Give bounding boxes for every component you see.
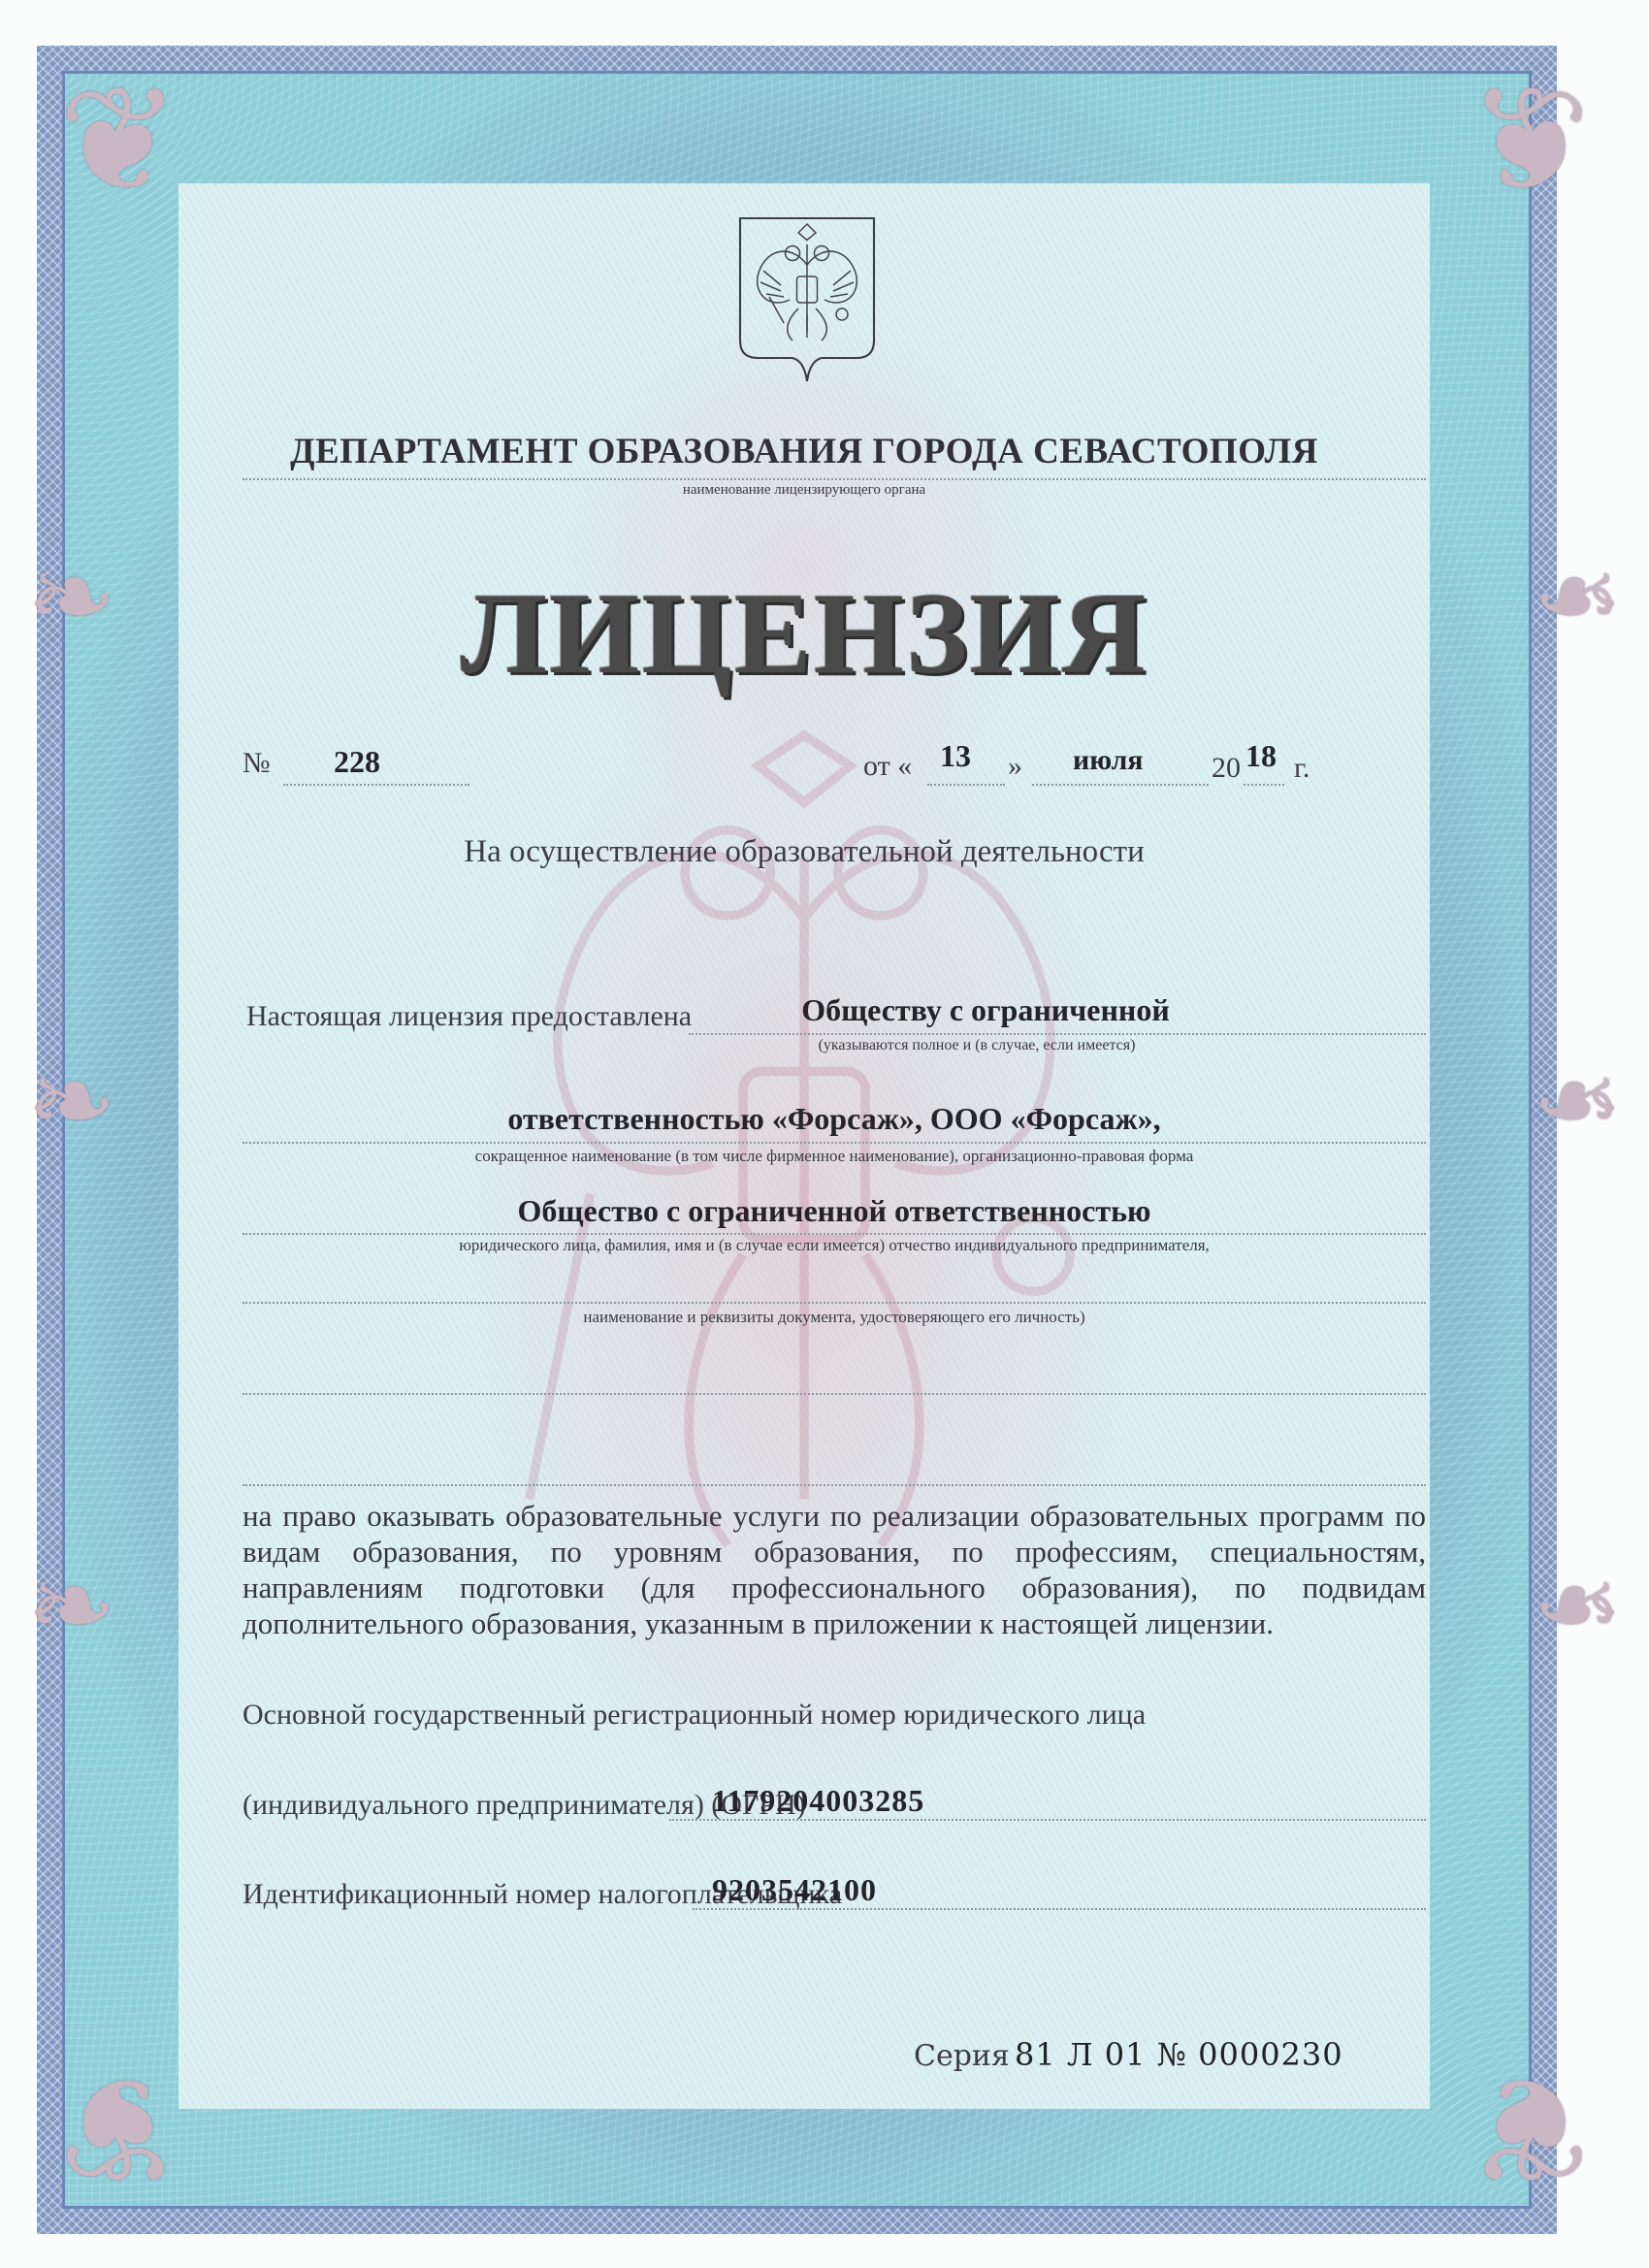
- license-number-underline: [283, 784, 469, 786]
- grantee-line-2-underline: [242, 1142, 1426, 1144]
- scroll-ornament-icon: ❧: [27, 543, 116, 650]
- inn-underline: [693, 1908, 1426, 1910]
- grantee-name-line-1: Обществу с ограниченной: [707, 992, 1264, 1028]
- scroll-ornament-icon: ❧: [1533, 1048, 1622, 1154]
- license-month: июля: [1073, 744, 1144, 777]
- grantee-line-1-underline: [689, 1033, 1426, 1035]
- ogrn-underline: [669, 1819, 1426, 1821]
- date-from-label: от «: [863, 750, 912, 783]
- grantee-caption-2: сокращенное наименование (в том числе фи…: [242, 1147, 1426, 1166]
- license-rights-text: на право оказывать образовательные услуг…: [242, 1498, 1426, 1641]
- russian-coat-of-arms-icon: [734, 212, 880, 387]
- scroll-ornament-icon: ❧: [1533, 543, 1622, 650]
- inn-value: 9203542100: [712, 1872, 877, 1908]
- scroll-ornament-icon: ❧: [1533, 1552, 1622, 1659]
- scroll-ornament-icon: ❦: [1469, 2055, 1591, 2200]
- grantee-caption-4: наименование и реквизиты документа, удос…: [242, 1308, 1426, 1327]
- ogrn-value: 1179204003285: [712, 1783, 924, 1819]
- authority-underline: [242, 478, 1426, 480]
- ogrn-label-line-1: Основной государственный регистрационный…: [242, 1699, 1146, 1732]
- license-day: 13: [940, 738, 971, 774]
- grantee-line-4-underline: [242, 1302, 1426, 1304]
- year-underline: [1244, 784, 1284, 786]
- license-document: ДЕПАРТАМЕНТ ОБРАЗОВАНИЯ ГОРОДА СЕВАСТОПО…: [178, 183, 1430, 2109]
- month-underline: [1032, 784, 1209, 786]
- scroll-ornament-icon: ❦: [1469, 68, 1591, 213]
- license-number: 228: [334, 744, 380, 780]
- grantee-caption-3: юридического лица, фамилия, имя и (в слу…: [242, 1236, 1426, 1255]
- grantee-intro-label: Настоящая лицензия предоставлена: [246, 1000, 692, 1033]
- grantee-line-6-underline: [242, 1484, 1426, 1486]
- grantee-line-5-underline: [242, 1393, 1426, 1395]
- series-number: 81 Л 01 № 0000230: [1015, 2036, 1343, 2073]
- license-number-label: №: [242, 747, 271, 780]
- grantee-caption-1: (указываются полное и (в случае, если им…: [689, 1037, 1265, 1054]
- license-purpose: На осуществление образовательной деятель…: [178, 834, 1430, 870]
- scroll-ornament-icon: ❧: [27, 1048, 116, 1154]
- licensing-authority-name: ДЕПАРТАМЕНТ ОБРАЗОВАНИЯ ГОРОДА СЕВАСТОПО…: [178, 431, 1430, 472]
- license-year: 18: [1245, 738, 1277, 774]
- grantee-line-3-underline: [242, 1233, 1426, 1235]
- document-title: ЛИЦЕНЗИЯ: [178, 567, 1430, 700]
- grantee-name-line-2: ответственностью «Форсаж», ООО «Форсаж»,: [242, 1101, 1426, 1137]
- year-label: г.: [1294, 752, 1309, 785]
- scroll-ornament-icon: ❦: [58, 2055, 180, 2200]
- year-prefix: 20: [1212, 752, 1241, 785]
- day-close-quote: »: [1008, 750, 1022, 783]
- authority-caption: наименование лицензирующего органа: [178, 482, 1430, 499]
- day-underline: [927, 784, 1005, 786]
- scroll-ornament-icon: ❦: [58, 68, 180, 213]
- scroll-ornament-icon: ❧: [27, 1552, 116, 1659]
- grantee-name-line-3: Общество с ограниченной ответственностью: [242, 1193, 1426, 1229]
- series-label: Серия: [914, 2039, 1010, 2073]
